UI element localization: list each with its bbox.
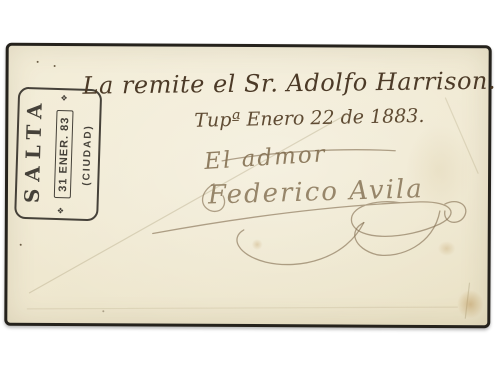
ink-speck <box>20 244 22 246</box>
manuscript-signature: Federico Avila <box>208 174 425 210</box>
postmark-date-row: ❖ 31 ENER. 83 ❖ <box>53 94 74 214</box>
foxing-stain <box>457 290 483 318</box>
ink-speck <box>37 61 39 63</box>
diamond-ornament-icon: ❖ <box>57 207 65 214</box>
foxing-stain <box>438 241 456 256</box>
photo-background: SALTA ❖ 31 ENER. 83 ❖ (CIUDAD) La remite… <box>0 0 500 375</box>
ink-speck <box>54 65 56 67</box>
diamond-ornament-icon: ❖ <box>61 94 69 101</box>
postmark-date: 31 ENER. 83 <box>53 110 73 198</box>
foxing-stain <box>252 239 263 250</box>
manuscript-sender-line: La remite el Sr. Adolfo Harrison. <box>82 67 496 100</box>
postmark-subtitle: (CIUDAD) <box>79 95 96 215</box>
postmark-town: SALTA <box>19 93 47 214</box>
datestamp-frame: SALTA ❖ 31 ENER. 83 ❖ (CIUDAD) <box>14 87 102 222</box>
envelope-back: SALTA ❖ 31 ENER. 83 ❖ (CIUDAD) La remite… <box>4 43 491 329</box>
manuscript-date-line: Tupª Enero 22 de 1883. <box>194 105 425 132</box>
manuscript-role-line: El admor <box>203 141 327 175</box>
salta-datestamp: SALTA ❖ 31 ENER. 83 ❖ (CIUDAD) <box>14 87 102 222</box>
ink-speck <box>102 310 104 312</box>
